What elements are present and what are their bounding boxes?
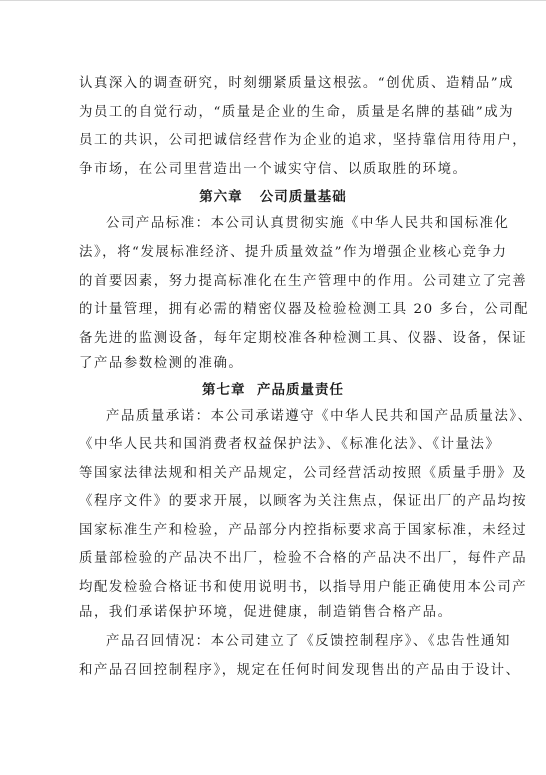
paragraph-line: 了产品参数检测的准确。 [79, 354, 463, 374]
paragraph-line: 品，我们承诺保护环境，促进健康，制造销售合格产品。 [79, 603, 463, 623]
paragraph-line: 《中华人民共和国消费者权益保护法》、《标准化法》、《计量法》 [79, 435, 463, 455]
paragraph-line: 《程序文件》的要求开展，以顾客为关注焦点，保证出厂的产品均按 [79, 492, 463, 512]
paragraph-line: 备先进的监测设备，每年定期校准各种检测工具、仪器、设备，保证 [79, 329, 463, 349]
paragraph-line: 产品召回情况：本公司建立了《反馈控制程序》、《忠告性通知 [106, 632, 463, 652]
paragraph-line: 的计量管理，拥有必需的精密仪器及检验检测工具 20 多台，公司配 [79, 300, 463, 320]
chapter-7-heading: 第七章 产品质量责任 [0, 380, 546, 400]
paragraph-line: 和产品召回控制程序》，规定在任何时间发现售出的产品由于设计、 [79, 661, 463, 681]
paragraph-line: 公司产品标准：本公司认真贯彻实施《中华人民共和国标准化 [106, 214, 463, 234]
paragraph-line: 质量部检验的产品决不出厂，检验不合格的产品决不出厂，每件产品 [79, 549, 463, 569]
paragraph-line: 的首要因素，努力提高标准化在生产管理中的作用。公司建立了完善 [79, 272, 463, 292]
paragraph-line: 均配发检验合格证书和使用说明书，以指导用户能正确使用本公司产 [79, 578, 463, 598]
paragraph-line: 等国家法律法规和相关产品规定，公司经营活动按照《质量手册》及 [79, 464, 463, 484]
document-page: 认真深入的调查研究，时刻绷紧质量这根弦。“创优质、造精品”成 为员工的自觉行动，… [0, 0, 546, 775]
paragraph-line: 员工的共识，公司把诚信经营作为企业的追求，坚持靠信用待用户， [79, 131, 463, 151]
chapter-6-heading: 第六章 公司质量基础 [0, 187, 546, 207]
paragraph-line: 为员工的自觉行动，“质量是企业的生命，质量是名牌的基础”成为 [79, 103, 463, 123]
paragraph-line: 认真深入的调查研究，时刻绷紧质量这根弦。“创优质、造精品”成 [79, 74, 463, 94]
paragraph-line: 法》，将“发展标准经济、提升质量效益”作为增强企业核心竞争力 [79, 243, 463, 263]
paragraph-line: 争市场，在公司里营造出一个诚实守信、以质取胜的环境。 [79, 160, 463, 180]
paragraph-line: 国家标准生产和检验，产品部分内控指标要求高于国家标准，未经过 [79, 521, 463, 541]
paragraph-line: 产品质量承诺：本公司承诺遵守《中华人民共和国产品质量法》、 [106, 407, 463, 427]
